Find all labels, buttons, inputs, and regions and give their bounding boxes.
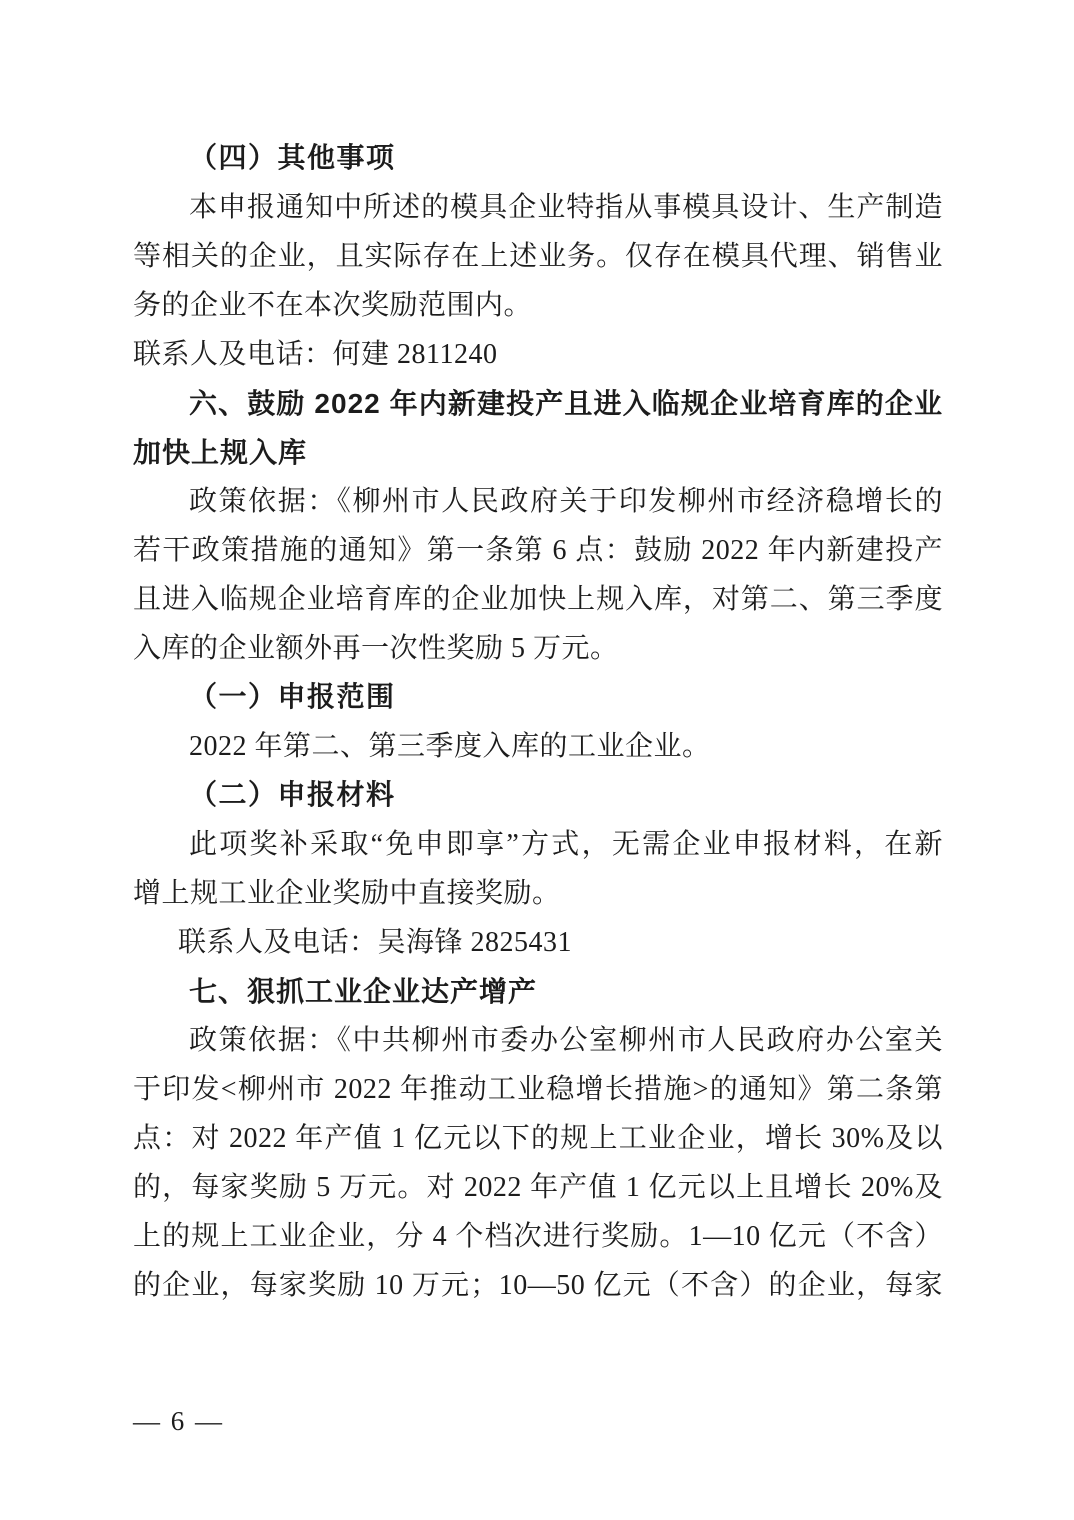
paragraph-line: 入库的企业额外再一次性奖励 5 万元。: [133, 624, 943, 673]
document-page: （四）其他事项 本申报通知中所述的模具企业特指从事模具设计、生产制造 等相关的企…: [0, 0, 1074, 1520]
paragraph-line: 本申报通知中所述的模具企业特指从事模具设计、生产制造: [133, 183, 943, 232]
page-number: — 6 —: [133, 1403, 224, 1439]
contact-line-wuhaifeng: 联系人及电话：吴海锋 2825431: [133, 918, 943, 967]
paragraph-line: 且进入临规企业培育库的企业加快上规入库，对第二、第三季度: [133, 575, 943, 624]
contact-line-hejian: 联系人及电话：何建 2811240: [133, 330, 943, 379]
paragraph-line: 政策依据：《柳州市人民政府关于印发柳州市经济稳增长的: [133, 477, 943, 526]
section-heading-7: 七、狠抓工业企业达产增产: [133, 967, 943, 1016]
paragraph-line: 上的规上工业企业，分 4 个档次进行奖励。1—10 亿元（不含）: [133, 1212, 943, 1261]
paragraph-line: 等相关的企业，且实际存在上述业务。仅存在模具代理、销售业: [133, 232, 943, 281]
document-body: （四）其他事项 本申报通知中所述的模具企业特指从事模具设计、生产制造 等相关的企…: [133, 134, 943, 1310]
section-heading-6-line2: 加快上规入库: [133, 428, 943, 477]
paragraph-line: 2022 年第二、第三季度入库的工业企业。: [133, 722, 943, 771]
paragraph-line: 增上规工业企业奖励中直接奖励。: [133, 869, 943, 918]
subsection-heading-2: （二）申报材料: [133, 771, 943, 820]
paragraph-line: 的，每家奖励 5 万元。对 2022 年产值 1 亿元以上且增长 20%及以: [133, 1163, 943, 1212]
paragraph-line: 政策依据：《中共柳州市委办公室柳州市人民政府办公室关: [133, 1016, 943, 1065]
subsection-heading-1: （一）申报范围: [133, 673, 943, 722]
paragraph-line: 若干政策措施的通知》第一条第 6 点：鼓励 2022 年内新建投产: [133, 526, 943, 575]
paragraph-line: 于印发<柳州市 2022 年推动工业稳增长措施>的通知》第二条第 1: [133, 1065, 943, 1114]
paragraph-line: 的企业，每家奖励 10 万元；10—50 亿元（不含）的企业，每家: [133, 1261, 943, 1310]
paragraph-line: 务的企业不在本次奖励范围内。: [133, 281, 943, 330]
paragraph-line: 点：对 2022 年产值 1 亿元以下的规上工业企业，增长 30%及以上: [133, 1114, 943, 1163]
paragraph-line: 此项奖补采取“免申即享”方式，无需企业申报材料，在新: [133, 820, 943, 869]
subsection-heading-4: （四）其他事项: [133, 134, 943, 183]
section-heading-6-line1: 六、鼓励 2022 年内新建投产且进入临规企业培育库的企业: [133, 379, 943, 428]
